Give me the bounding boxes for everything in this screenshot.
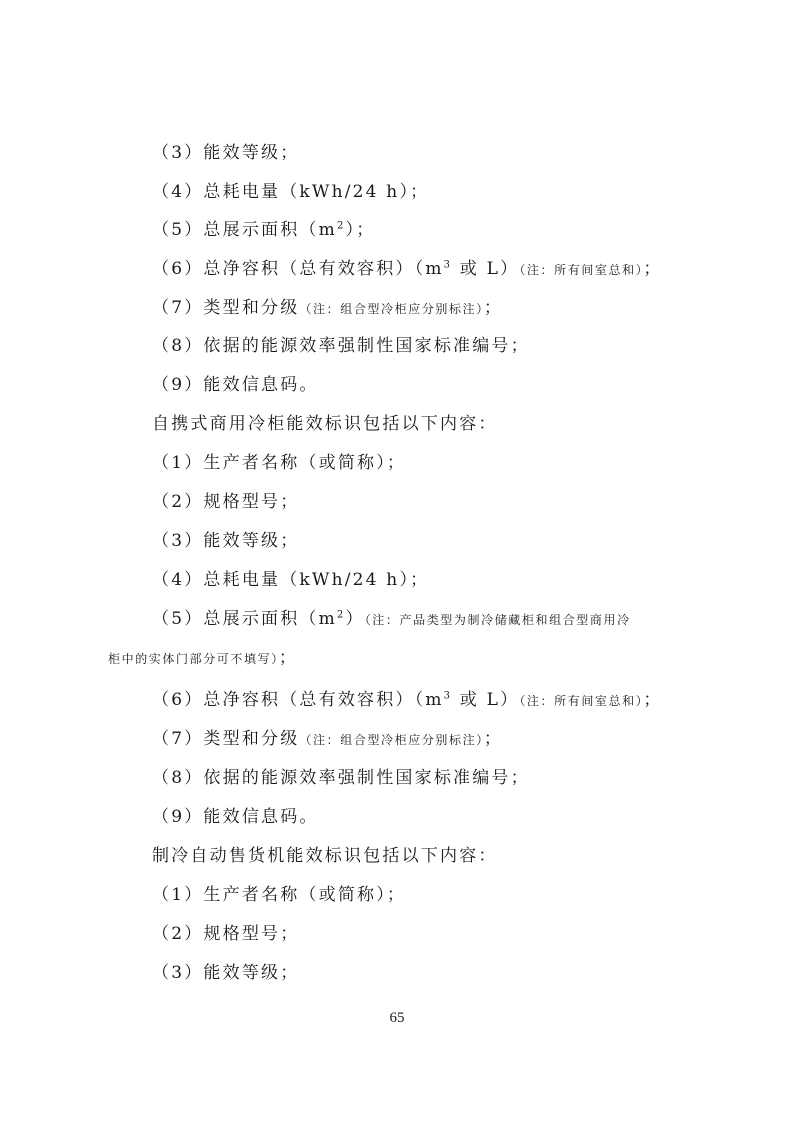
text-note: （注：组合型冷柜应分别标注） bbox=[299, 302, 483, 316]
text-pre: （5）总展示面积（m bbox=[152, 609, 337, 629]
text-end: ； bbox=[643, 690, 662, 710]
text-post: ） bbox=[346, 609, 365, 629]
text-text: （3）能效等级； bbox=[152, 143, 299, 163]
list-item: （9）能效信息码。 bbox=[152, 805, 319, 829]
text-pre: （7）类型和分级 bbox=[152, 729, 299, 749]
text-note: （注：所有间室总和） bbox=[519, 694, 643, 708]
text-text: （8）依据的能源效率强制性国家标准编号； bbox=[152, 336, 530, 356]
text-note: 柜中的实体门部分可不填写） bbox=[108, 652, 279, 666]
page-number: 65 bbox=[0, 1010, 794, 1027]
text-note: （注：产品类型为制冷储藏柜和组合型商用冷 bbox=[365, 613, 631, 627]
text-note: （注：所有间室总和） bbox=[519, 263, 643, 277]
text-end: ； bbox=[643, 259, 662, 279]
list-item: （6）总净容积（总有效容积）（m3 或 L）（注：所有间室总和）； bbox=[152, 688, 663, 713]
section-heading: 制冷自动售货机能效标识包括以下内容： bbox=[152, 844, 498, 868]
text-note: （注：组合型冷柜应分别标注） bbox=[299, 733, 483, 747]
text-post: 或 L） bbox=[452, 690, 519, 710]
text-end: ； bbox=[279, 648, 298, 668]
section-heading: 自携式商用冷柜能效标识包括以下内容： bbox=[152, 412, 498, 436]
text-pre: （6）总净容积（总有效容积）（m bbox=[152, 259, 444, 279]
text-text: （8）依据的能源效率强制性国家标准编号； bbox=[152, 768, 530, 788]
text-text: （1）生产者名称（或简称）； bbox=[152, 453, 406, 473]
list-item-continuation: 柜中的实体门部分可不填写）； bbox=[108, 646, 298, 671]
text-post: ）； bbox=[346, 220, 376, 240]
list-item: （2）规格型号； bbox=[152, 490, 299, 514]
text-end: ； bbox=[484, 298, 503, 318]
text-pre: （7）类型和分级 bbox=[152, 298, 299, 318]
list-item: （4）总耗电量（kWh/24 h）； bbox=[152, 568, 429, 592]
list-item: （5）总展示面积（m2）； bbox=[152, 218, 375, 242]
text-text: （3）能效等级； bbox=[152, 963, 299, 983]
list-item: （4）总耗电量（kWh/24 h）； bbox=[152, 180, 429, 204]
list-item: （8）依据的能源效率强制性国家标准编号； bbox=[152, 334, 530, 358]
text-post: 或 L） bbox=[452, 259, 519, 279]
list-item: （7）类型和分级（注：组合型冷柜应分别标注）； bbox=[152, 727, 503, 752]
list-item: （9）能效信息码。 bbox=[152, 373, 319, 397]
text-sup: 3 bbox=[444, 690, 453, 701]
text-text: （9）能效信息码。 bbox=[152, 807, 319, 827]
text-text: （1）生产者名称（或简称）； bbox=[152, 885, 406, 905]
list-item: （1）生产者名称（或简称）； bbox=[152, 883, 406, 907]
list-item: （3）能效等级； bbox=[152, 141, 299, 165]
list-item: （3）能效等级； bbox=[152, 961, 299, 985]
document-page: （3）能效等级；（4）总耗电量（kWh/24 h）；（5）总展示面积（m2）；（… bbox=[0, 0, 794, 1123]
text-text: （4）总耗电量（kWh/24 h）； bbox=[152, 570, 429, 590]
list-item: （7）类型和分级（注：组合型冷柜应分别标注）； bbox=[152, 296, 503, 321]
text-text: （2）规格型号； bbox=[152, 492, 299, 512]
text-sup: 2 bbox=[337, 609, 346, 620]
list-item: （6）总净容积（总有效容积）（m3 或 L）（注：所有间室总和）； bbox=[152, 257, 663, 282]
text-text: （9）能效信息码。 bbox=[152, 375, 319, 395]
text-end: ； bbox=[484, 729, 503, 749]
text-text: （3）能效等级； bbox=[152, 531, 299, 551]
list-item: （1）生产者名称（或简称）； bbox=[152, 451, 406, 475]
list-item: （5）总展示面积（m2）（注：产品类型为制冷储藏柜和组合型商用冷 bbox=[152, 607, 631, 632]
text-sup: 2 bbox=[337, 220, 346, 231]
list-item: （8）依据的能源效率强制性国家标准编号； bbox=[152, 766, 530, 790]
text-pre: （6）总净容积（总有效容积）（m bbox=[152, 690, 444, 710]
text-text: （2）规格型号； bbox=[152, 924, 299, 944]
list-item: （3）能效等级； bbox=[152, 529, 299, 553]
text-pre: （5）总展示面积（m bbox=[152, 220, 337, 240]
text-text: 制冷自动售货机能效标识包括以下内容： bbox=[152, 846, 498, 866]
text-text: （4）总耗电量（kWh/24 h）； bbox=[152, 182, 429, 202]
text-text: 自携式商用冷柜能效标识包括以下内容： bbox=[152, 414, 498, 434]
text-sup: 3 bbox=[444, 259, 453, 270]
list-item: （2）规格型号； bbox=[152, 922, 299, 946]
